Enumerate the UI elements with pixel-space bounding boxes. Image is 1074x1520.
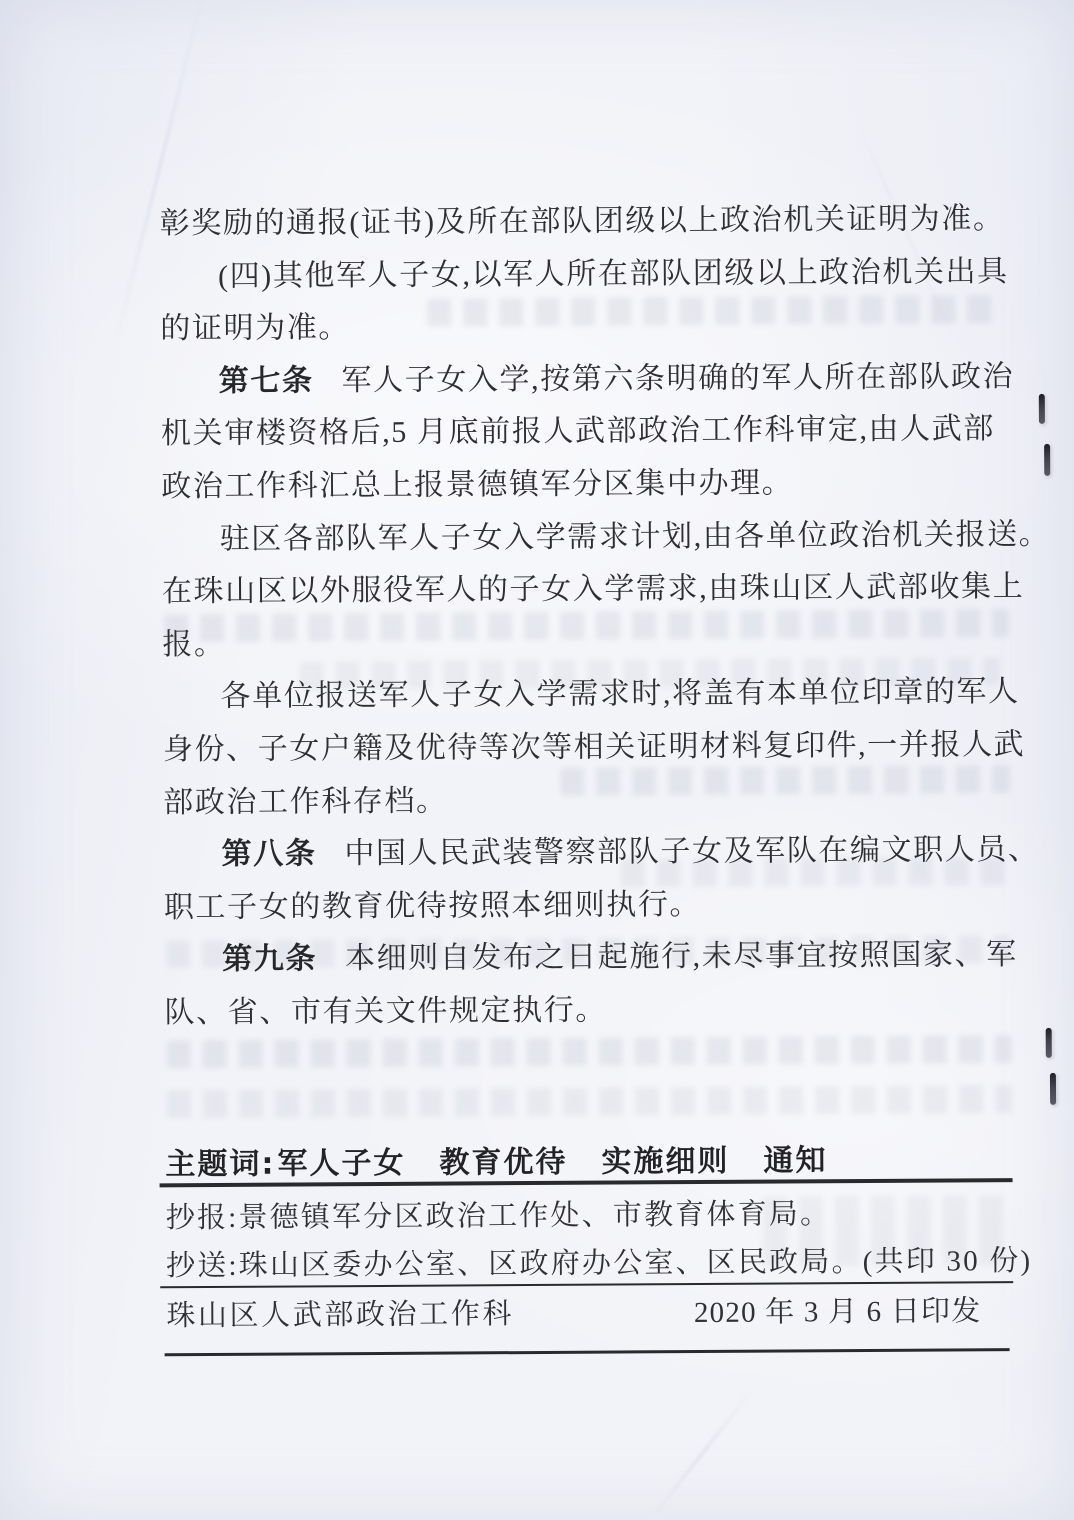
copy-report-line: 抄报:景德镇军分区政治工作处、市教育体育局。 bbox=[166, 1193, 1018, 1238]
staple-mark bbox=[1046, 1028, 1052, 1058]
body-text: 军人子女入学,按第六条明确的军人所在部队政治 bbox=[341, 360, 1014, 397]
subject-term: 军人子女 bbox=[277, 1138, 405, 1183]
body-text-line: 机关审楼资格后,5 月底前报人武部政治工作科审定,由人武部 bbox=[161, 403, 1013, 461]
body-text: 政治工作科汇总上报景德镇军分区集中办理。 bbox=[161, 466, 793, 503]
body-text-line: 各单位报送军人子女入学需求时,将盖有本单位印章的军人 bbox=[162, 666, 1014, 724]
staple-mark bbox=[1044, 444, 1050, 476]
body-text-line: 的证明为准。 bbox=[160, 298, 1012, 356]
body-text-line: (四)其他军人子女,以军人所在部队团级以上政治机关出具 bbox=[160, 246, 1012, 304]
body-text: 机关审楼资格后,5 月底前报人武部政治工作科审定,由人武部 bbox=[161, 413, 995, 451]
body-text: 部政治工作科存档。 bbox=[163, 784, 448, 819]
body-text-line: 驻区各部队军人子女入学需求计划,由各单位政治机关报送。 bbox=[161, 509, 1013, 567]
staple-mark bbox=[1050, 1073, 1056, 1105]
body-text: 队、省、市有关文件规定执行。 bbox=[164, 993, 607, 1029]
subject-term: 教育优待 bbox=[439, 1137, 567, 1182]
body-text-line: 第九条本细则自发布之日起施行,未尽事宜按照国家、军 bbox=[164, 929, 1016, 987]
bottom-rule bbox=[165, 1348, 1010, 1356]
print-date: 2020 年 3 月 6 日印发 bbox=[694, 1291, 982, 1333]
bleedthrough-text-ghost bbox=[167, 1035, 1012, 1068]
subject-keywords-row: 主题词: 军人子女教育优待实施细则通知 bbox=[165, 1138, 827, 1180]
body-text-line: 在珠山区以外服役军人的子女入学需求,由珠山区人武部收集上 bbox=[162, 561, 1014, 619]
body-text: 在珠山区以外服役军人的子女入学需求,由珠山区人武部收集上 bbox=[162, 570, 1024, 608]
body-text: 身份、子女户籍及优待等次等相关证明材料复印件,一并报人武 bbox=[163, 728, 1025, 766]
body-text-line: 第七条军人子女入学,按第六条明确的军人所在部队政治 bbox=[161, 351, 1013, 409]
body-text: 报。 bbox=[162, 628, 225, 661]
copy-send-line: 抄送:珠山区委办公室、区政府办公室、区民政局。(共印 30 份) bbox=[166, 1241, 1018, 1286]
staple-mark bbox=[1039, 394, 1045, 424]
article-number-bold: 第七条 bbox=[219, 363, 314, 399]
issuer-row: 珠山区人武部政治工作科 2020 年 3 月 6 日印发 bbox=[166, 1291, 981, 1336]
body-text-line: 政治工作科汇总上报景德镇军分区集中办理。 bbox=[161, 456, 1013, 514]
body-text-line: 身份、子女户籍及优待等次等相关证明材料复印件,一并报人武 bbox=[163, 719, 1015, 777]
body-text: 职工子女的教育优待按照本细则执行。 bbox=[164, 888, 701, 924]
subject-term: 实施细则 bbox=[601, 1136, 729, 1181]
subject-terms: 军人子女教育优待实施细则通知 bbox=[277, 1135, 827, 1182]
body-text-line: 第八条中国人民武装警察部队子女及军队在编文职人员、 bbox=[163, 824, 1015, 882]
body-text: (四)其他军人子女,以军人所在部队团级以上政治机关出具 bbox=[218, 255, 1009, 293]
bleedthrough-text-ghost bbox=[167, 1085, 1012, 1118]
body-text: 各单位报送军人子女入学需求时,将盖有本单位印章的军人 bbox=[221, 675, 1020, 713]
body-text-line: 职工子女的教育优待按照本细则执行。 bbox=[164, 877, 1016, 935]
document-sheet: 彰奖励的通报(证书)及所在部队团级以上政治机关证明为准。(四)其他军人子女,以军… bbox=[0, 0, 1074, 1520]
issuing-office: 珠山区人武部政治工作科 bbox=[166, 1294, 514, 1336]
body-text-line: 彰奖励的通报(证书)及所在部队团级以上政治机关证明为准。 bbox=[160, 193, 1012, 251]
body-text: 彰奖励的通报(证书)及所在部队团级以上政治机关证明为准。 bbox=[160, 202, 1005, 240]
article-number-bold: 第九条 bbox=[222, 942, 317, 978]
document-body: 彰奖励的通报(证书)及所在部队团级以上政治机关证明为准。(四)其他军人子女,以军… bbox=[160, 193, 1017, 1040]
body-text-line: 队、省、市有关文件规定执行。 bbox=[164, 982, 1016, 1040]
subject-term: 通知 bbox=[763, 1135, 827, 1179]
body-text-line: 部政治工作科存档。 bbox=[163, 772, 1015, 830]
article-number-bold: 第八条 bbox=[221, 836, 316, 872]
body-text-line: 报。 bbox=[162, 614, 1014, 672]
body-text: 驻区各部队军人子女入学需求计划,由各单位政治机关报送。 bbox=[220, 517, 1051, 555]
body-text: 的证明为准。 bbox=[160, 311, 350, 345]
body-text: 本细则自发布之日起施行,未尽事宜按照国家、军 bbox=[345, 938, 1018, 975]
body-text: 中国人民武装警察部队子女及军队在编文职人员、 bbox=[344, 833, 1039, 870]
subject-label: 主题词: bbox=[165, 1139, 275, 1184]
scanned-document-page: 彰奖励的通报(证书)及所在部队团级以上政治机关证明为准。(四)其他军人子女,以军… bbox=[0, 0, 1074, 1520]
